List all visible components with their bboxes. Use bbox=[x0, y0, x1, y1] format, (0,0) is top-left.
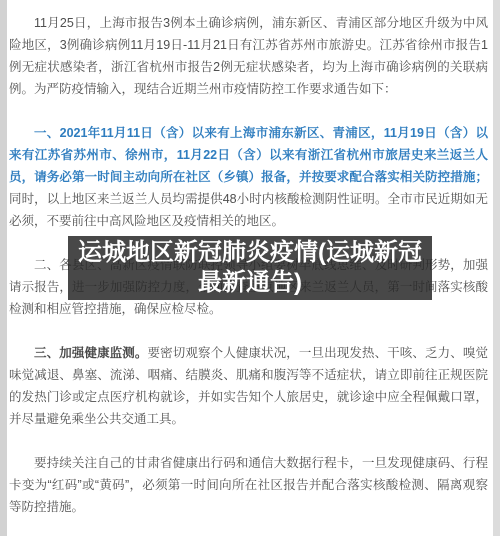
right-edge-strip bbox=[493, 0, 500, 536]
text-segment: 三、加强健康监测。 bbox=[34, 346, 148, 360]
watermark-title-overlay: 运城地区新冠肺炎疫情(运城新冠最新通告) bbox=[68, 236, 432, 300]
text-segment: 同时，以上地区来兰返兰人员均需提供48小时内核酸检测阴性证明。全市市民近期如无必… bbox=[9, 192, 488, 228]
text-segment: 11月25日，上海市报告3例本土确诊病例，浦东新区、青浦区部分地区升级为中风险地… bbox=[9, 16, 488, 96]
paragraph: 要持续关注自己的甘肃省健康出行码和通信大数据行程卡，一旦发现健康码、行程卡变为“… bbox=[9, 452, 488, 518]
text-segment: 一、2021年11月11日（含）以来有上海市浦东新区、青浦区，11月19日（含）… bbox=[9, 126, 488, 184]
left-edge-strip bbox=[0, 0, 7, 536]
paragraph: 三、加强健康监测。要密切观察个人健康状况，一旦出现发热、干咳、乏力、嗅觉味觉减退… bbox=[9, 342, 488, 430]
text-segment: 要持续关注自己的甘肃省健康出行码和通信大数据行程卡，一旦发现健康码、行程卡变为“… bbox=[9, 456, 488, 514]
paragraph: 11月25日，上海市报告3例本土确诊病例，浦东新区、青浦区部分地区升级为中风险地… bbox=[9, 12, 488, 100]
paragraph: 一、2021年11月11日（含）以来有上海市浦东新区、青浦区，11月19日（含）… bbox=[9, 122, 488, 232]
